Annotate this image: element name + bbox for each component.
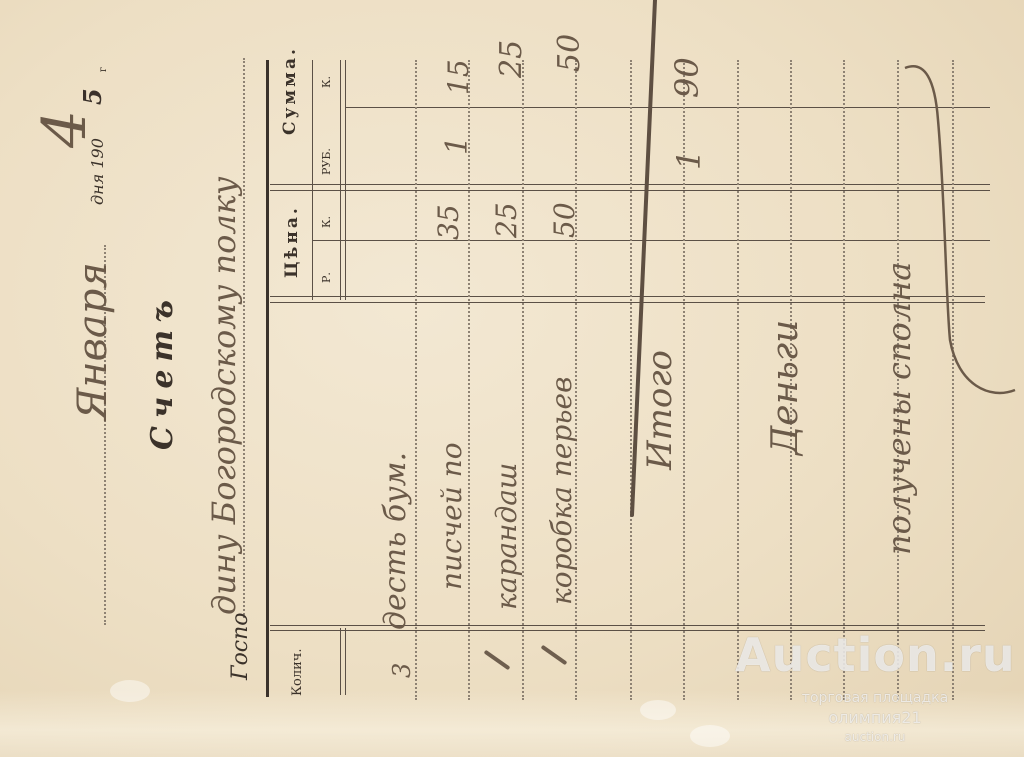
watermark-line3: auction.ru [770, 730, 980, 744]
watermark-line2: олимпия21 [770, 708, 980, 727]
received-note: Деньги [765, 320, 806, 455]
total-rub: 1 [670, 150, 708, 170]
received-note-2: получены сполна [880, 262, 918, 555]
watermark-line1: торговая площадка [770, 690, 980, 706]
total-kop: 90 [668, 57, 706, 98]
invoice-scan: Сумма. Цѣна. РУБ. К. Р. К. Колич. Счетъ … [0, 0, 1024, 757]
total-label: Итого [640, 350, 680, 470]
watermark-brand: Auction.ru [735, 628, 1015, 682]
